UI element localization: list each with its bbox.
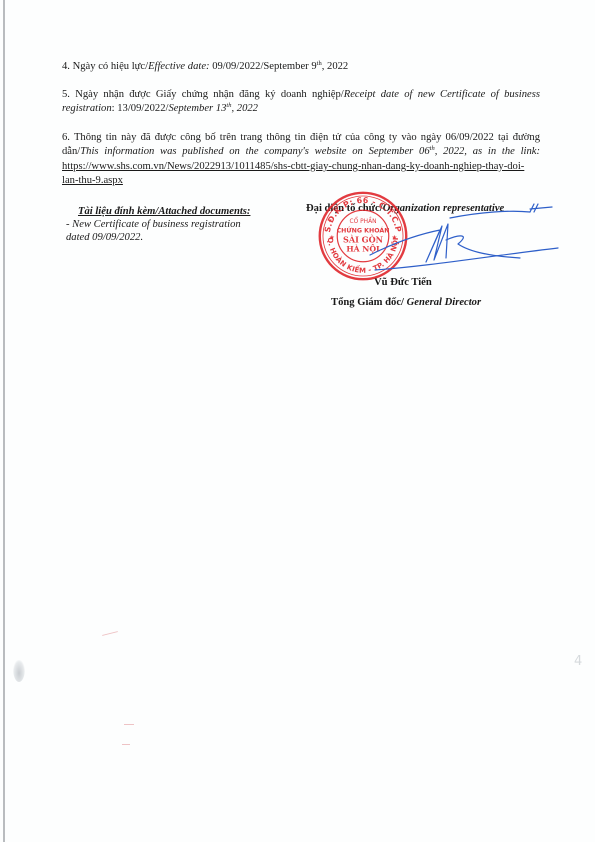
bleed-through-mark: 4 bbox=[574, 654, 582, 669]
signature-icon bbox=[330, 200, 560, 280]
item-text-en-tail: , 2022, as in the link: bbox=[435, 146, 540, 157]
page-edge bbox=[3, 0, 5, 842]
attachment-line: dated 09/09/2022. bbox=[66, 231, 296, 244]
item-value-year: , 2022 bbox=[322, 61, 348, 72]
signer-role-en: General Director bbox=[404, 297, 481, 308]
item-label-vi: Ngày có hiệu lực/ bbox=[73, 61, 148, 72]
item-value: : 13/09/2022/ bbox=[112, 103, 169, 114]
scan-speck bbox=[124, 724, 134, 725]
item-label-en: Effective date: bbox=[148, 61, 209, 72]
item-value-en: September 13 bbox=[168, 103, 226, 114]
attachments-heading: Tài liệu đính kèm/Attached documents: bbox=[66, 205, 296, 218]
item-publication: 6. Thông tin này đã được công bố trên tr… bbox=[62, 131, 540, 189]
signer-role: Tổng Giám đốc/ General Director bbox=[331, 297, 481, 308]
item-value-year: , 2022 bbox=[231, 103, 257, 114]
item-value: 09/09/2022/September 9 bbox=[210, 61, 317, 72]
item-label-vi: Ngày nhận được Giấy chứng nhận đăng ký d… bbox=[75, 89, 344, 100]
signer-role-vi: Tổng Giám đốc/ bbox=[331, 297, 404, 308]
item-effective-date: 4. Ngày có hiệu lực/Effective date: 09/0… bbox=[62, 60, 540, 74]
attachments-block: Tài liệu đính kèm/Attached documents: - … bbox=[66, 205, 296, 245]
publication-link[interactable]: https://www.shs.com.vn/News/2022913/1011… bbox=[62, 161, 524, 186]
item-receipt-date: 5. Ngày nhận được Giấy chứng nhận đăng k… bbox=[62, 88, 540, 117]
item-number: 5. bbox=[62, 89, 70, 100]
item-number: 6. bbox=[62, 132, 70, 143]
scan-speck bbox=[122, 744, 130, 745]
attachment-line: - New Certificate of business registrati… bbox=[66, 218, 296, 231]
scan-speck bbox=[102, 631, 118, 636]
item-number: 4. bbox=[62, 61, 70, 72]
item-text-en: This information was published on the co… bbox=[80, 146, 429, 157]
scan-smudge bbox=[13, 660, 25, 682]
